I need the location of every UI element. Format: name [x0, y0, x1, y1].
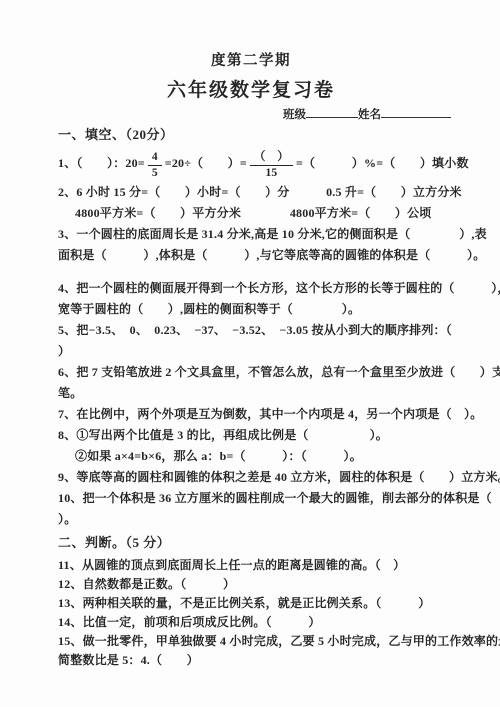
name-label: 姓名 [358, 109, 381, 121]
q1-fraction-four-fifths: 45 [148, 151, 162, 179]
section-fill-heading: 一、填空、（20分） [58, 126, 472, 144]
q1-part3: =（ ）%=（ ）填小数 [296, 156, 469, 170]
class-label: 班级 [283, 109, 306, 121]
question-14: 14、比值一定，前项和后项成反比例。（ ） [58, 613, 472, 632]
question-7: 7、在比例中，两个外项是互为倒数，其中一个内项是 4，另一个内项是（ ）。 [58, 404, 472, 425]
question-10-line-1: 10、把一个体积是 36 立方厘米的圆柱削成一个最大的圆锥，削去部分的体积是（ [58, 488, 472, 509]
name-blank [381, 106, 451, 118]
question-15-line-2: 简整数比是 5：4.（ ） [58, 651, 472, 670]
section-fill-in: 一、填空、（20分） 1、（ ）：20=45=20÷（ ）=（ ）15=（ ）%… [58, 126, 472, 530]
question-12: 12、自然数都是正数。（ ） [58, 575, 472, 594]
question-8-line-2: ②如果 a×4=b×6，那么 a：b=（ ）：（ ）。 [58, 446, 472, 467]
fraction-denominator: 5 [148, 166, 162, 180]
fraction-numerator: 4 [148, 151, 162, 166]
question-4-line-1: 4、把一个圆柱的侧面展开得到一个长方形，这个长方形的长等于圆柱的（ ）， [58, 278, 472, 299]
question-1: 1、（ ）：20=45=20÷（ ）=（ ）15=（ ）%=（ ）填小数 [58, 148, 472, 180]
section-true-false: 二、判断。（5 分） 11、从圆锥的顶点到底面周长上任一点的距离是圆锥的高。（ … [58, 534, 472, 670]
section-judge-heading: 二、判断。（5 分） [58, 534, 472, 552]
question-4-line-2: 宽等于圆柱的（ ）,圆柱的侧面积等于（ ）。 [58, 299, 472, 320]
q1-part1: 1、（ ）：20= [58, 156, 145, 170]
exam-paper-page: 度第二学期 六年级数学复习卷 班级姓名 一、填空、（20分） 1、（ ）：20=… [0, 0, 500, 707]
fraction-denominator: 15 [250, 166, 293, 180]
semester-title: 度第二学期 [58, 52, 444, 70]
class-name-row: 班级姓名 [283, 106, 472, 123]
question-13: 13、两种相关联的量，不是正比例关系，就是正比例关系。（ ） [58, 594, 472, 613]
question-5-line-1: 5、把−3.5、 0、 0.23、 −37、 −3.52、 −3.05 按从小到… [58, 320, 472, 341]
question-5-line-2: ） [58, 341, 472, 362]
paper-title: 六年级数学复习卷 [58, 79, 444, 103]
class-blank [306, 106, 358, 118]
fraction-numerator: （ ） [250, 151, 293, 166]
question-6-line-1: 6、把 7 支铅笔放进 2 个文具盒里，不管怎么放，总有一个盒里至少放进（ ）支… [58, 362, 472, 383]
question-9: 9、等底等高的圆柱和圆锥的体积之差是 40 立方米，圆柱的体积是（ ）立方米。 [58, 467, 472, 488]
question-2-line-1: 2、6 小时 15 分=（ ）小时=（ ）分 0.5 升=（ ）立方分米 [58, 182, 472, 203]
question-10-line-2: ）。 [58, 509, 472, 530]
question-2-line-2: 4800平方米=（ ）平方分米 4800平方米=（ ）公顷 [58, 203, 472, 224]
q1-part2: =20÷（ ）= [165, 156, 247, 170]
question-3-line-2: 面积是（ ）,体积是（ ）,与它等底等高的圆锥的体积是（ ）。 [58, 245, 472, 266]
question-15-line-1: 15、做一批零件，甲单独做要 4 小时完成，乙要 5 小时完成，乙与甲的工作效率… [58, 632, 472, 651]
q1-fraction-blank-over-15: （ ）15 [250, 151, 293, 179]
question-8-line-1: 8、①写出两个比值是 3 的比，再组成比例是（ ）。 [58, 425, 472, 446]
question-6-line-2: 笔。 [58, 383, 472, 404]
question-11: 11、从圆锥的顶点到底面周长上任一点的距离是圆锥的高。（ ） [58, 556, 472, 575]
question-3-line-1: 3、一个圆柱的底面周长是 31.4 分米,高是 10 分米,它的侧面积是（ ）,… [58, 224, 472, 245]
